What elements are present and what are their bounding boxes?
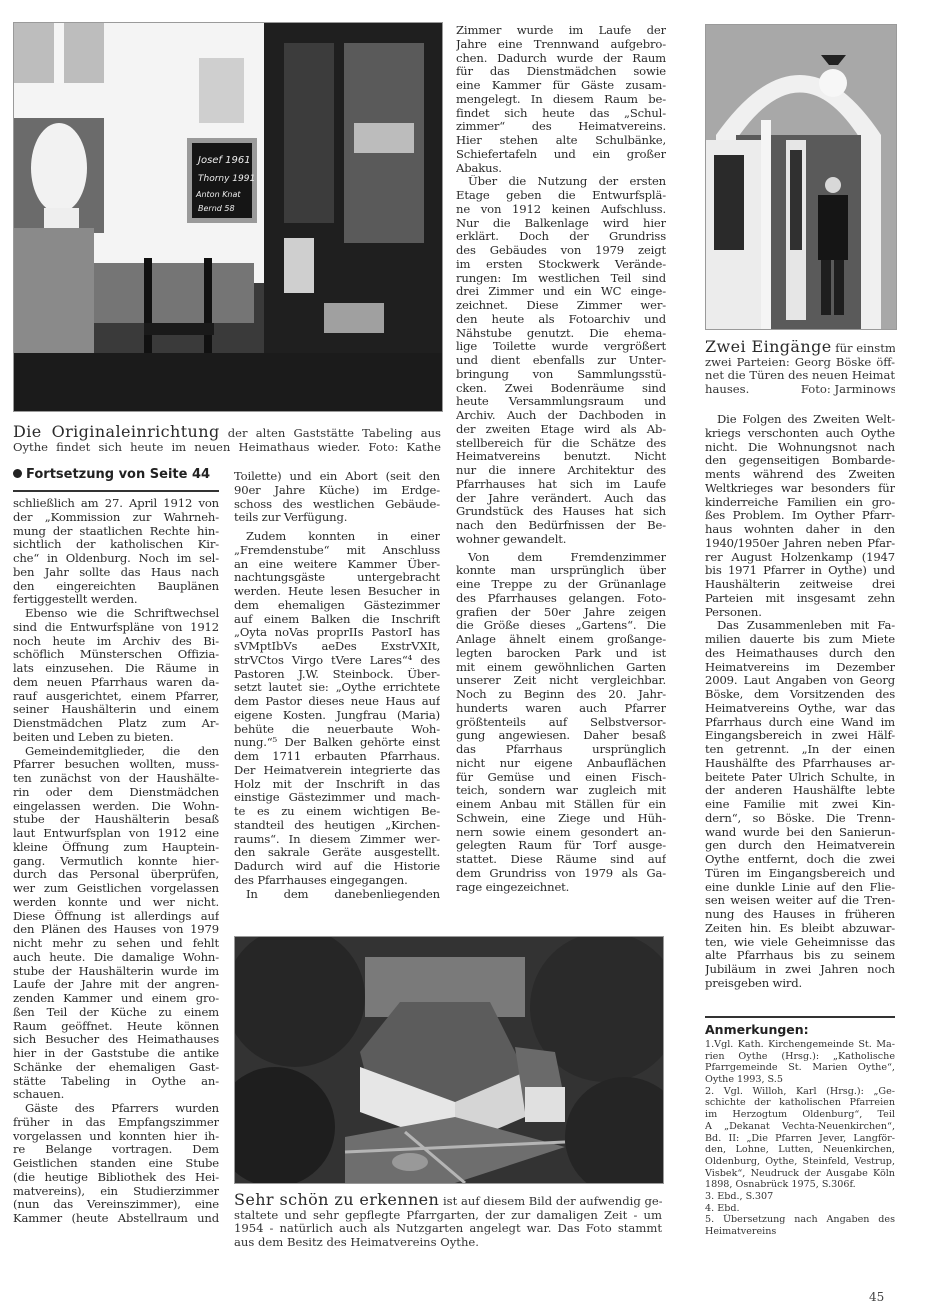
text-line: setzt lautet sie: „Oythe errichtete (234, 681, 440, 695)
garden-photo-illustration (235, 937, 663, 1183)
caption-entrance-text-2: zwei Parteien: Georg Böske öff- (705, 356, 895, 370)
text-line: Schänke der ehemaligen Gast- (13, 1061, 219, 1075)
footnote-line: schichte der katholischen Pfarreien (705, 1097, 895, 1109)
footnote-line: den, Lohne, Lutten, Neuenkirchen, (705, 1144, 895, 1156)
footnote-line: 1.Vgl. Kath. Kirchengemeinde St. Ma- (705, 1039, 895, 1051)
footnote-line: im Herzogtum Oldenburg“, Teil (705, 1109, 895, 1121)
text-line: Geistlichen standen eine Stube (13, 1157, 219, 1171)
text-line: zeichnet. Diese Zimmer wer- (456, 299, 666, 313)
footnote-line: Bd. II: „Die Pfarren Jever, Langför- (705, 1133, 895, 1145)
text-line: rungen: Im westlichen Teil sind (456, 272, 666, 286)
text-line: schoss des westlichen Gebäude- (234, 498, 440, 512)
text-line: Weltkrieges war besonders für (705, 482, 895, 496)
text-line: Schiefertafeln und ein großer (456, 148, 666, 162)
text-line: Pastoren J.W. Steinbock. Über- (234, 668, 440, 682)
text-line: mung der staatlichen Rechte hin- (13, 525, 219, 539)
text-line: raums“. In diesem Zimmer wer- (234, 833, 440, 847)
footnote-line: 1898, Osnabrück 1975, S.306f. (705, 1179, 895, 1191)
text-line: für Gemüse und einen Fisch- (456, 771, 666, 785)
text-line: strVCtos Virgo tVere Lares“⁴ des (234, 654, 440, 668)
text-line: matvereins), ein Studierzimmer (13, 1185, 219, 1199)
caption-entrance-text-1: für einstmals (832, 341, 895, 355)
text-line: dem 1711 erbauten Pfarrhaus. (234, 750, 440, 764)
text-line: bringung von Sammlungsstü- (456, 368, 666, 382)
caption-garden-text-3: 1954 - natürlich auch als Nutzgarten ang… (234, 1222, 662, 1236)
text-line: kriegs verschonten auch Oythe (705, 427, 895, 441)
footnote-line: 3. Ebd., S.307 (705, 1191, 895, 1203)
text-line: te es zu einem wichtigen Be- (234, 805, 440, 819)
text-line: Jahre eine Trennwand aufgebro- (456, 38, 666, 52)
text-line: nicht mehr zu sehen und fehlt (13, 937, 219, 951)
text-line: durch das Personal überprüfen, (13, 868, 219, 882)
caption-garden-text-2: staltete und sehr gepflegte Pfarrgarten,… (234, 1209, 662, 1223)
text-line: den heute als Fotoarchiv und (456, 313, 666, 327)
footnote-line: Oldenburg, Oythe, Steinfeld, Vestrup, (705, 1156, 895, 1168)
caption-interior-lead: Die Originaleinrichtung (13, 425, 220, 441)
text-line: beiten und Leben zu bieten. (13, 731, 219, 745)
text-line: nachtungsgäste untergebracht (234, 571, 440, 585)
text-line: Von dem Fremdenzimmer (456, 551, 666, 565)
text-line: vorgelassen und konnten hier ih- (13, 1130, 219, 1144)
text-line: den sakrale Geräte ausgestellt. (234, 846, 440, 860)
photo-entrance-doors (705, 24, 897, 330)
text-line: stellbereich für die Schätze des (456, 437, 666, 451)
caption-garden-text-4: aus dem Besitz des Heimatvereins Oythe. (234, 1236, 662, 1250)
text-line: das Pfarrhaus ursprünglich (456, 743, 666, 757)
text-line: ßen Teil der Küche zu einem (13, 1006, 219, 1020)
text-line: Haushälfte des Pfarrhauses ar- (705, 757, 895, 771)
text-line: rauf ausgerichtet, einem Pfarrer, (13, 690, 219, 704)
text-line: die Größe dieses „Gartens“. Die (456, 619, 666, 633)
continuation-header: Fortsetzung von Seite 44 (13, 467, 210, 482)
text-line: 1940/1950er Jahren neben Pfar- (705, 537, 895, 551)
chalkboard-line-2: Thorny 1991 (198, 174, 255, 184)
text-line: der anderen Haushälfte lebte (705, 784, 895, 798)
chalkboard-line-1: Josef 1961 (196, 155, 251, 166)
text-line: Schwein, eine Ziege und Hüh- (456, 812, 666, 826)
text-line: wer zum Geistlichen vorgelassen (13, 882, 219, 896)
text-line: des Gebäudes von 1979 zeigt (456, 244, 666, 258)
text-line: laut Entwurfsplan von 1912 eine (13, 827, 219, 841)
text-line: beitete Pater Ulrich Schulte, in (705, 771, 895, 785)
caption-interior-text-2: Oythe findet sich heute im neuen Heimath… (13, 441, 441, 455)
text-line: Pfarrer besuchen wollten, muss- (13, 758, 219, 772)
text-line: den Plänen des Hauses von 1979 (13, 923, 219, 937)
text-line: 90er Jahre Küche) im Erdge- (234, 484, 440, 498)
text-line: stube der Haushälterin wurde im (13, 965, 219, 979)
text-line: nern sowie einem gesondert an- (456, 826, 666, 840)
text-line: rage eingezeichnet. (456, 881, 666, 895)
text-line: Pfarrhauses hat sich im Laufe (456, 478, 666, 492)
text-line: gen durch den Heimatverein (705, 839, 895, 853)
article-column-1: schließlich am 27. April 1912 von der „K… (13, 497, 219, 1226)
text-line: lats einzusehen. Die Räume in (13, 662, 219, 676)
notes-title: Anmerkungen: (705, 1022, 809, 1037)
text-line: Gäste des Pfarrers wurden (13, 1102, 219, 1116)
text-line: Jubiläum in zwei Jahren noch (705, 963, 895, 977)
text-line: teils zur Verfügung. (234, 511, 440, 525)
article-column-3: Zimmer wurde im Laufe der Jahre eine Tre… (456, 24, 666, 894)
footnote-line: A „Dekanat Vechta-Neuenkirchen“, (705, 1121, 895, 1133)
text-line: nur die innere Architektur des (456, 464, 666, 478)
text-line: sich Besucher des Heimathauses (13, 1033, 219, 1047)
text-line: kinderreiche Familien ein gro- (705, 496, 895, 510)
text-line: ments während des Zweiten (705, 468, 895, 482)
continuation-label: Fortsetzung von Seite 44 (26, 467, 210, 482)
text-line: Das Zusammenleben mit Fa- (705, 619, 895, 633)
text-line: des Pfarrhauses gelangen. Foto- (456, 592, 666, 606)
text-line: Toilette) und ein Abort (seit den (234, 470, 440, 484)
text-line: und dient ebenfalls zur Unter- (456, 354, 666, 368)
text-line: Haushälterin zeitweise drei (705, 578, 895, 592)
text-line: unserer Zeit nicht vergleichbar. (456, 674, 666, 688)
text-line: Heimatvereins Oythe, war das (705, 702, 895, 716)
entrance-photo-illustration (706, 25, 896, 329)
text-line: Über die Nutzung der ersten (456, 175, 666, 189)
text-line: ßes Problem. Im Oyther Pfarr- (705, 509, 895, 523)
text-line: Abakus. (456, 162, 666, 176)
article-column-4: Die Folgen des Zweiten Welt- kriegs vers… (705, 413, 895, 991)
text-line: Etage geben die Entwurfsplä- (456, 189, 666, 203)
text-line: (die heutige Bibliothek des Hei- (13, 1171, 219, 1185)
text-line: Gemeindemitglieder, die den (13, 745, 219, 759)
text-line: eigene Kosten. Jungfrau (Maria) (234, 709, 440, 723)
text-line: behüte die neuerbaute Woh- (234, 723, 440, 737)
text-line: für das Dienstmädchen sowie (456, 65, 666, 79)
text-line: fertiggestellt werden. (13, 593, 219, 607)
text-line: an eine weitere Kammer Über- (234, 558, 440, 572)
text-line: ten zunächst von der Haushälte- (13, 772, 219, 786)
text-line: schließlich am 27. April 1912 von (13, 497, 219, 511)
text-line: nicht. Die Wohnungsnot nach (705, 441, 895, 455)
footnote-line: 2. Vgl. Willoh, Karl (Hrsg.): „Ge- (705, 1086, 895, 1098)
footnote-line: Heimatvereins (705, 1226, 895, 1238)
text-line: des Pfarrhauses eingegangen. (234, 874, 440, 888)
text-line: drei Zimmer und ein WC einge- (456, 285, 666, 299)
footnote-line: Oythe 1993, S.5 (705, 1074, 895, 1086)
footnote-line: rien Oythe (Hrsg.): „Katholische (705, 1051, 895, 1063)
text-line: ben Jahr sollte das Haus nach (13, 566, 219, 580)
caption-garden-text-1: ist auf diesem Bild der aufwendig ge- (439, 1194, 662, 1208)
text-line: gung angewiesen. Daher besaß (456, 729, 666, 743)
footnotes-list: 1.Vgl. Kath. Kirchengemeinde St. Ma- rie… (705, 1039, 895, 1238)
text-line: zenden Kammer und einem gro- (13, 992, 219, 1006)
text-line: eine dunkle Linie auf den Flie- (705, 881, 895, 895)
text-line: im ersten Stockwerk Verände- (456, 258, 666, 272)
text-line: Heimatvereins benutzt. Nicht (456, 450, 666, 464)
text-line: (nun das Vereinszimmer), eine (13, 1198, 219, 1212)
text-line: „Oyta noVas proprIIs PastorI has (234, 626, 440, 640)
text-line: standteil des heutigen „Kirchen- (234, 819, 440, 833)
text-line: nung des Hauses in früheren (705, 908, 895, 922)
text-line: dem Grundriss von 1979 als Ga- (456, 867, 666, 881)
text-line: Dadurch wird auf die Historie (234, 860, 440, 874)
text-line: eine Familie mit zwei Kin- (705, 798, 895, 812)
text-line: stattet. Diese Räume sind auf (456, 853, 666, 867)
text-line: kleine Öffnung zum Hauptein- (13, 841, 219, 855)
text-line: bis 1971 Pfarrer in Oythe) und (705, 564, 895, 578)
text-line: eingelassen werden. Die Wohn- (13, 800, 219, 814)
text-line: Ebenso wie die Schriftwechsel (13, 607, 219, 621)
text-line: legten barocken Park und ist (456, 647, 666, 661)
text-line: Personen. (705, 606, 895, 620)
text-line: che“ in Oldenburg. Noch im sel- (13, 552, 219, 566)
photo-interior-gaststaette: Josef 1961 Thorny 1991 Anton Knat Bernd … (13, 22, 443, 412)
text-line: sichtlich der katholischen Kir- (13, 538, 219, 552)
text-line: Parteien mit insgesamt zehn (705, 592, 895, 606)
text-line: hier in der Gaststube die antike (13, 1047, 219, 1061)
text-line: zimmer“ des Heimatvereins. (456, 120, 666, 134)
text-line: werden konnte und wer nicht. (13, 896, 219, 910)
text-line: auf einem Balken die Inschrift (234, 613, 440, 627)
notes-rule (705, 1016, 895, 1018)
text-line: einem Anbau mit Ställen für ein (456, 798, 666, 812)
chalkboard-line-4: Bernd 58 (198, 204, 235, 213)
caption-entrance-lead: Zwei Eingänge (705, 340, 832, 356)
photo-pfarrgarten-aerial (234, 936, 664, 1184)
text-line: Türen im Eingangsbereich und (705, 867, 895, 881)
text-line: der zweiten Etage wird als Ab- (456, 423, 666, 437)
text-line: Diese Öffnung ist allerdings auf (13, 910, 219, 924)
text-line: lige Toilette wurde vergrößert (456, 340, 666, 354)
text-line: Die Folgen des Zweiten Welt- (705, 413, 895, 427)
text-line: gelegten Raum für Torf ausge- (456, 839, 666, 853)
text-line: Zimmer wurde im Laufe der (456, 24, 666, 38)
text-line: ne von 1912 keinen Aufschluss. (456, 203, 666, 217)
text-line: den gegenseitigen Bombarde- (705, 454, 895, 468)
text-line: Der Heimatverein integrierte das (234, 764, 440, 778)
text-line: Böske, dem Vorsitzenden des (705, 688, 895, 702)
text-line: preisgeben wird. (705, 977, 895, 991)
footnote-line: 4. Ebd. (705, 1203, 895, 1215)
text-line: Zeiten hin. Es bleibt abzuwar- (705, 922, 895, 936)
text-line: cken. Zwei Bodenräume sind (456, 382, 666, 396)
text-line: sen weisen weiter auf die Tren- (705, 894, 895, 908)
text-line: Heimatvereins im Dezember (705, 661, 895, 675)
text-line: eine Treppe zu der Grünanlage (456, 578, 666, 592)
text-line: Pfarrhaus durch eine Wand im (705, 716, 895, 730)
text-line: alte Pfarrhaus bis zu seinem (705, 949, 895, 963)
text-line: „Fremdenstube“ mit Anschluss (234, 544, 440, 558)
text-line: heute Versammlungsraum und (456, 395, 666, 409)
interior-photo-illustration: Josef 1961 Thorny 1991 Anton Knat Bernd … (14, 23, 442, 411)
text-line: ten getrennt. „In der einen (705, 743, 895, 757)
text-line: rer August Holzenkamp (1947 (705, 551, 895, 565)
continuation-rule (13, 490, 219, 492)
text-line: noch heute im Archiv des Bi- (13, 635, 219, 649)
caption-entrance: Zwei Eingänge für einstmals zwei Parteie… (705, 340, 895, 396)
text-line: werden. Heute lesen Besucher in (234, 585, 440, 599)
text-line: Laufe der Jahre mit der angren- (13, 978, 219, 992)
text-line: dem neuen Pfarrhaus waren da- (13, 676, 219, 690)
text-line: Grundstück des Hauses hat sich (456, 505, 666, 519)
text-line: dem ehemaligen Gästezimmer (234, 599, 440, 613)
footnote-line: Pfarrgemeinde St. Marien Oythe“, (705, 1062, 895, 1074)
text-line: erklärt. Doch der Grundriss (456, 230, 666, 244)
text-line: ten, wie viele Geheimnisse das (705, 936, 895, 950)
text-line: der „Kommission zur Wahrneh- (13, 511, 219, 525)
text-line: auch heute. Die damalige Wohn- (13, 951, 219, 965)
text-line: Eingangsbereich in zwei Hälf- (705, 729, 895, 743)
text-line: größtenteils auf Selbstversor- (456, 716, 666, 730)
text-line: nicht nur eigene Anbauflächen (456, 757, 666, 771)
text-line: 2009. Laut Angaben von Georg (705, 674, 895, 688)
text-line: findet sich heute das „Schul- (456, 107, 666, 121)
text-line: milien dauerte bis zum Miete (705, 633, 895, 647)
text-line: Dienstmädchen Platz zum Ar- (13, 717, 219, 731)
text-line: re Belange vortragen. Dem (13, 1143, 219, 1157)
text-line: hunderts waren auch Pfarrer (456, 702, 666, 716)
text-line: In dem danebenliegenden (234, 888, 440, 902)
bullet-dot-icon (13, 469, 22, 478)
caption-interior-text-1: der alten Gaststätte Tabeling aus (220, 426, 441, 440)
footnote-line: Visbek“, Neudruck der Ausgabe Köln (705, 1168, 895, 1180)
text-line: dern“, so Böske. Die Trenn- (705, 812, 895, 826)
article-column-2: Toilette) und ein Abort (seit den 90er J… (234, 470, 440, 901)
text-line: nung.“⁵ Der Balken gehörte einst (234, 736, 440, 750)
text-line: rin oder dem Dienstmädchen (13, 786, 219, 800)
text-line: mengelegt. In diesem Raum be- (456, 93, 666, 107)
text-line: Nähstube genutzt. Die ehema- (456, 327, 666, 341)
footnote-line: 5. Übersetzung nach Angaben des (705, 1214, 895, 1226)
caption-entrance-text-3: net die Türen des neuen Heimat- (705, 369, 895, 383)
text-line: seiner Haushälterin und einem (13, 703, 219, 717)
text-line: konnte man ursprünglich über (456, 564, 666, 578)
text-line: chen. Dadurch wurde der Raum (456, 52, 666, 66)
text-line: wand wurde bei den Sanierun- (705, 826, 895, 840)
text-line: Kammer (heute Abstellraum und (13, 1212, 219, 1226)
text-line: der Jahre verändert. Auch das (456, 492, 666, 506)
text-line: stätte Tabeling in Oythe an- (13, 1075, 219, 1089)
caption-interior: Die Originaleinrichtung der alten Gastst… (13, 425, 441, 454)
text-line: Noch zu Beginn des 20. Jahr- (456, 688, 666, 702)
chalkboard-line-3: Anton Knat (195, 190, 241, 199)
page-number: 45 (869, 1290, 884, 1304)
text-line: grafien der 50er Jahre zeigen (456, 606, 666, 620)
text-line: sVMptIbVs aeDes ExstrVXIt, (234, 640, 440, 654)
text-line: Zudem konnten in einer (234, 530, 440, 544)
text-line: mit einem gewöhnlichen Garten (456, 661, 666, 675)
text-line: Nur die Balkenlage wird hier (456, 217, 666, 231)
text-line: Archiv. Auch der Dachboden in (456, 409, 666, 423)
caption-entrance-text-4: hauses. Foto: Jarminowski (705, 383, 895, 397)
text-line: stube der Haushälterin besaß (13, 813, 219, 827)
text-line: gang. Vermutlich konnte hier- (13, 855, 219, 869)
text-line: eine Kammer für Gäste zusam- (456, 79, 666, 93)
text-line: sind die Entwurfspläne von 1912 (13, 621, 219, 635)
text-line: teich, sondern war zugleich mit (456, 784, 666, 798)
text-line: haus wohnten daher in den (705, 523, 895, 537)
text-line: Raum geöffnet. Heute können (13, 1020, 219, 1034)
text-line: nach den Bedürfnissen der Be- (456, 519, 666, 533)
text-line: Holz mit der Inschrift in das (234, 778, 440, 792)
text-line: Hier stehen alte Schulbänke, (456, 134, 666, 148)
text-line: Anlage ähnelt einem großange- (456, 633, 666, 647)
text-line: schauen. (13, 1088, 219, 1102)
text-line: einstige Gästezimmer und mach- (234, 791, 440, 805)
text-line: früher in das Empfangszimmer (13, 1116, 219, 1130)
caption-garden: Sehr schön zu erkennen ist auf diesem Bi… (234, 1193, 662, 1249)
text-line: wohner gewandelt. (456, 533, 666, 547)
text-line: des Heimathauses durch den (705, 647, 895, 661)
text-line: schöflich Münsterschen Offizia- (13, 648, 219, 662)
text-line: Oythe entfernt, doch die zwei (705, 853, 895, 867)
caption-garden-lead: Sehr schön zu erkennen (234, 1193, 439, 1209)
text-line: den eingereichten Bauplänen (13, 580, 219, 594)
text-line: dem Pastor dieses neue Haus auf (234, 695, 440, 709)
